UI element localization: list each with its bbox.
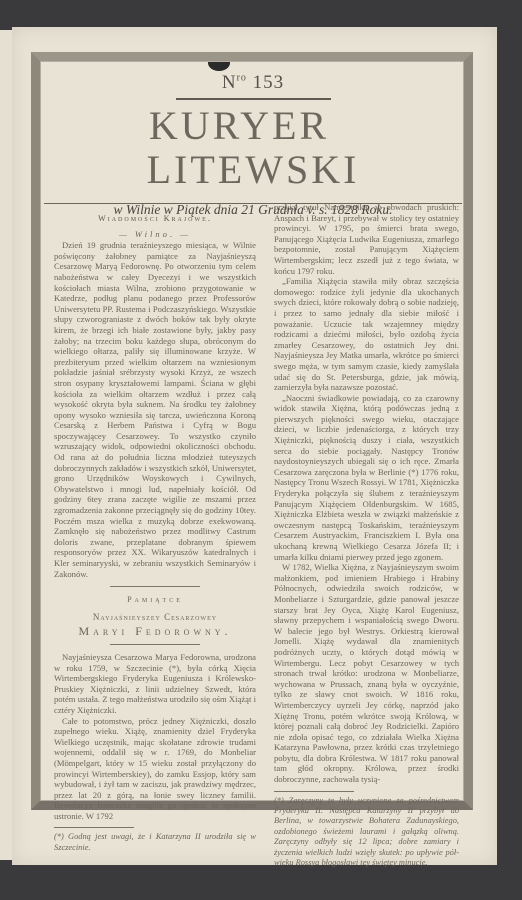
place-heading: — Wilno. — (54, 229, 256, 240)
footnote: (*) Zaręczyny te były uczynione za pośre… (274, 796, 459, 869)
divider (110, 586, 200, 587)
left-column: Wiadomości Krajowe. — Wilno. — Dzień 19 … (54, 212, 256, 853)
footnote-rule (54, 827, 134, 828)
memorial-heading-line3: Maryi Fedorowny. (54, 626, 256, 637)
article-paragraph: przyiął tytuł Namiestnika, w obwodach pr… (274, 202, 459, 276)
right-column: przyiął tytuł Namiestnika, w obwodach pr… (274, 202, 459, 869)
divider (110, 644, 200, 645)
section-title: Wiadomości Krajowe. (54, 214, 256, 225)
article-paragraph: „Familia Xiążęcia stawiła miły obraz szc… (274, 276, 459, 393)
memorial-heading-line1: Pamiątce (54, 595, 256, 606)
article-paragraph: „Naoczni świadkowie powiadają, co za cza… (274, 393, 459, 563)
memorial-paragraph: Całe to potomstwo, prócz jedney Xiężnicz… (54, 716, 256, 822)
issue-rule (176, 98, 331, 100)
issue-number: Nro 153 (44, 72, 462, 94)
footnote-rule (274, 791, 354, 792)
memorial-heading-line2: Nayjaśnieyszey Cesarzowey (54, 612, 256, 623)
masthead-title: KURYERLITEWSKI (44, 104, 462, 192)
article-paragraph: W 1782, Wielka Xiężna, z Nayjaśnieyszym … (274, 562, 459, 784)
memorial-paragraph: Nayjaśnieysza Cesarzowa Marya Fedorowna,… (54, 652, 256, 716)
article-paragraph: Dzień 19 grudnia teraźnieyszego miesiąca… (54, 240, 256, 579)
footnote: (*) Godną jest uwagi, że i Katarzyna II … (54, 832, 256, 853)
page-content: Nro 153 KURYERLITEWSKI w Wilnie w Piątek… (44, 62, 462, 802)
